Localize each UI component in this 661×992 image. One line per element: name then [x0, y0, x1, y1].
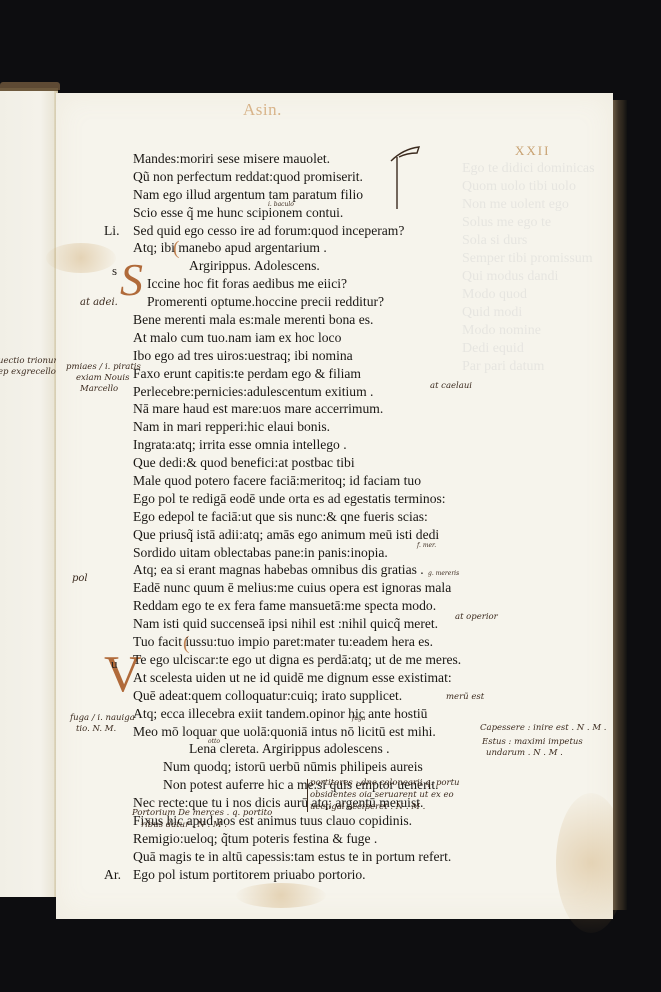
text-line: Mandes:moriri sese misere mauolet.: [133, 150, 553, 168]
marginal-note-right: at operior: [455, 612, 498, 622]
text-line: Ego pol te redigā eodē unde orta es ad e…: [133, 490, 553, 508]
line-text: Ego pol istum portitorem priuabo portori…: [133, 867, 366, 882]
text-line-with-speaker: Li. Sed quid ego cesso ire ad forum:quod…: [133, 222, 553, 240]
text-line: Ego edepol te faciā:ut que sis nunc:& qn…: [133, 508, 553, 526]
marginal-note-left: Marcello: [80, 384, 118, 394]
marginal-note-left: fuga / i. nauiga: [70, 713, 135, 723]
text-line: Nam ego illud argentum tam paratum filio: [133, 186, 553, 204]
text-line: Scio esse q̃ me hunc scipionem contui.: [133, 204, 553, 222]
text-line: Atq; ecca illecebra exiit tandem.opinor …: [133, 705, 553, 723]
text-line: Quā magis te in altū capessis:tam estus …: [133, 848, 553, 866]
interlinear-gloss: otto: [208, 737, 220, 747]
main-text-block: Mandes:moriri sese misere mauolet. Qũ n…: [133, 150, 553, 884]
running-head: Asin.: [243, 100, 282, 120]
bottom-marginal-note: ribus datur . N . M .: [141, 820, 227, 830]
marginal-note-left: exiam Nouis: [76, 373, 129, 383]
scene-heading: Argirippus. Adolescens.: [133, 257, 553, 275]
text-line: Atq; ibi manebo apud argentarium .: [133, 239, 553, 257]
marginal-note-right: merũ est: [446, 692, 484, 702]
text-line: Ingrata:atq; irrita esse omnia intellego…: [133, 436, 553, 454]
left-page: uectio trionum ep exgrecello: [0, 88, 58, 897]
manicule-mark-icon: [385, 143, 425, 213]
bottom-marginal-note: Portorium De merces . q. portito: [132, 808, 272, 818]
interlinear-gloss: g. mereris: [428, 569, 459, 579]
text-line: Iccine hoc fit foras aedibus me eiici?: [133, 275, 553, 293]
text-line: Tuo facit iussu:tuo impio paret:mater tu…: [133, 633, 553, 651]
text-line: Male quod potero facere faciā:meritoq; i…: [133, 472, 553, 490]
text-line: Que dedi:& quod benefici:at postbac tibi: [133, 454, 553, 472]
text-line: Nā mare haud est mare:uos mare accerrimu…: [133, 400, 553, 418]
text-line: Num quodq; istorū uerbū nūmis philipeis …: [133, 758, 553, 776]
marginal-note-right: undarum . N . M .: [486, 748, 563, 758]
text-line: Eadē nunc quum ē melius:me cuius opera e…: [133, 579, 553, 597]
marginal-note-right: at caelaui: [430, 381, 472, 391]
speaker-label: Ar.: [104, 866, 121, 884]
bottom-marginal-note: portitores : dne colonearii q. portu: [310, 778, 460, 788]
marginal-note-left: tio. N. M.: [76, 724, 116, 734]
left-page-marginal-note: ep exgrecello: [0, 367, 56, 377]
guide-letter-s: s: [112, 263, 117, 279]
text-line: At scelesta uiden ut ne id quidē me dign…: [133, 669, 553, 687]
text-line: Qũ non perfectum reddat:quod promiserit…: [133, 168, 553, 186]
text-line: At malo cum tuo.nam iam ex hoc loco: [133, 329, 553, 347]
foxing-stain: [236, 883, 326, 908]
text-line: Promerenti optume.hoccine precii redditu…: [133, 293, 553, 311]
line-text: Sed quid ego cesso ire ad forum:quod inc…: [133, 223, 404, 238]
marginal-note-left: pol: [72, 574, 88, 584]
text-line-with-speaker: Ar. Ego pol istum portitorem priuabo por…: [133, 866, 553, 884]
marginal-note-right: Capessere : inire est . N . M .: [480, 723, 606, 733]
text-line: Remigio:ueloq; q̃tum poteris festina & f…: [133, 830, 553, 848]
bottom-marginal-note: uectigal acciperet . N . M .: [310, 802, 425, 812]
text-line: Perlecebre:pernicies:adulescentum exitiu…: [133, 383, 553, 401]
bottom-marginal-note: obsidentes oia seruarent ut ex eo: [310, 790, 454, 800]
guide-letter-u: u: [111, 656, 118, 672]
text-line: Ibo ego ad tres uiros:uestraq; ibi nomin…: [133, 347, 553, 365]
speaker-label: Li.: [104, 222, 119, 240]
interlinear-gloss: i. baculo: [268, 200, 294, 210]
interlinear-gloss: f. mer.: [417, 541, 436, 551]
left-page-marginal-note: uectio trionum: [0, 356, 62, 366]
bracket-mark: [307, 779, 308, 812]
marginal-note-left: pmiaes / i. piratis: [66, 362, 141, 372]
text-line: Bene merenti mala es:male merenti bona e…: [133, 311, 553, 329]
text-line: Quē adeat:quem colloquatur:cuiq; irato s…: [133, 687, 553, 705]
text-line: Atq; ea si erant magnas habebas omnibus …: [133, 561, 553, 579]
marginal-note-left: at adei.: [80, 298, 118, 308]
text-line: Nam in mari repperi:hic elaui bonis.: [133, 418, 553, 436]
marginal-note-right: Estus : maximi impetus: [482, 737, 583, 747]
text-line: Sordido uitam oblectabas pane:in panis:i…: [133, 544, 553, 562]
interlinear-gloss: fuga: [352, 714, 366, 724]
text-line: Que priusq̃ istā adii:atq; amās ego anim…: [133, 526, 553, 544]
text-line: Faxo erunt capitis:te perdam ego & filia…: [133, 365, 553, 383]
foxing-stain: [46, 243, 116, 273]
page-block-edge: [613, 100, 627, 910]
text-line: Te ego ulciscar:te ego ut digna es perdā…: [133, 651, 553, 669]
